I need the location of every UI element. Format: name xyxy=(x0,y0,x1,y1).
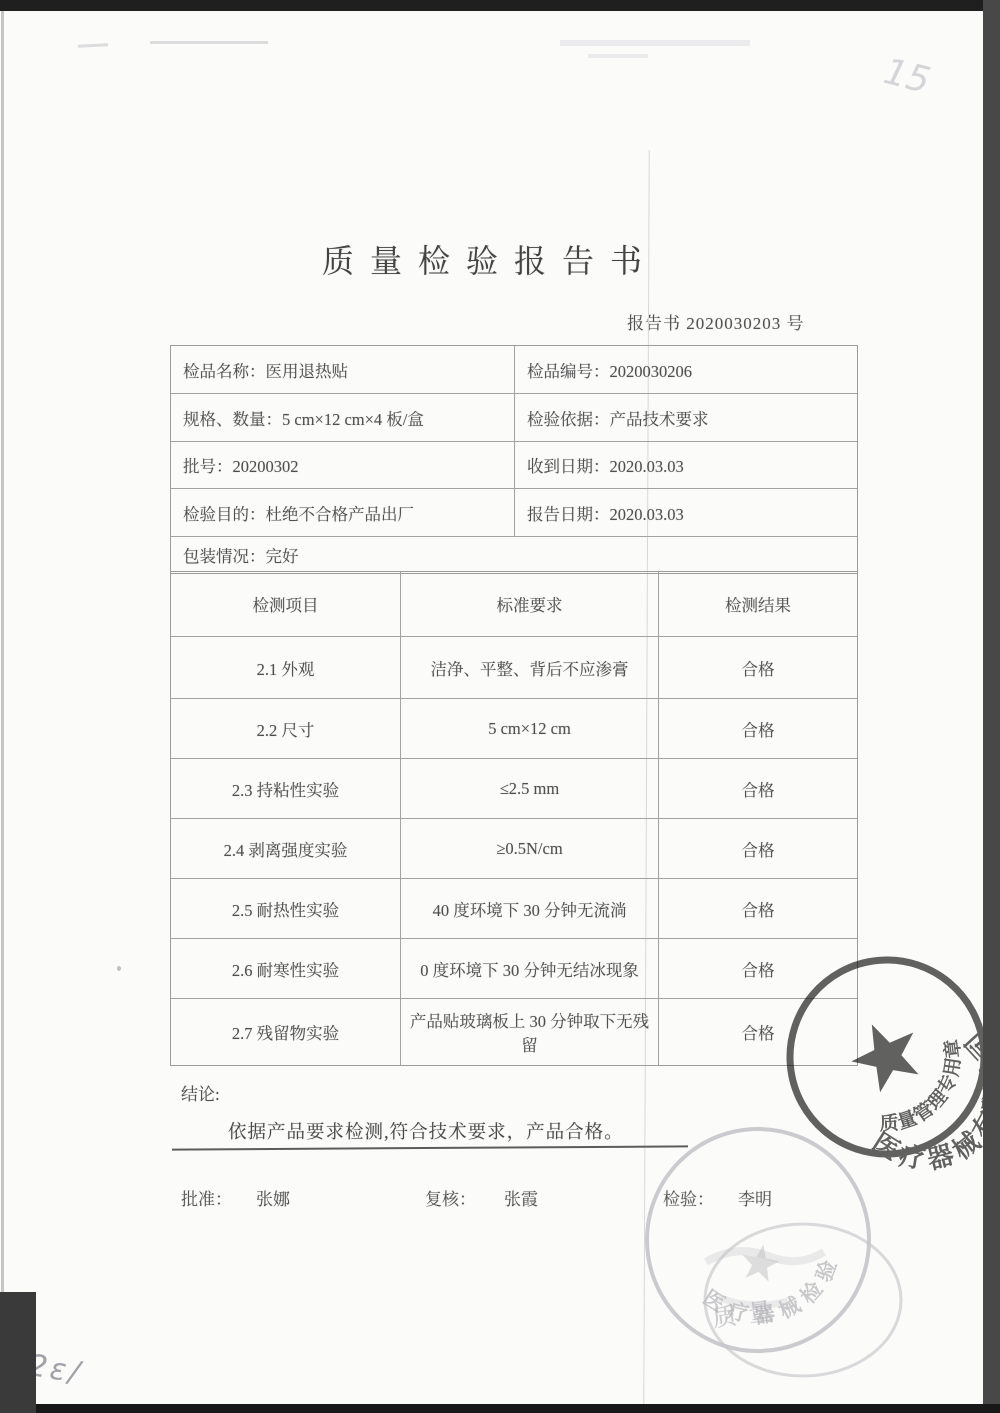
reviewer-name: 张霞 xyxy=(504,1185,538,1210)
test-standard: 5 cm×12 cm xyxy=(400,698,658,758)
scan-edge-top xyxy=(0,0,1000,11)
handwritten-page-mark: 15 xyxy=(880,51,934,102)
info-cell: 报告日期：2020.03.03 xyxy=(514,488,857,536)
scan-smudge xyxy=(560,40,750,46)
faint-seal-stamp: 医疗器械检验 xyxy=(628,1112,908,1382)
test-standard: ≤2.5 mm xyxy=(400,758,658,818)
scan-edge-right xyxy=(983,0,1000,1413)
test-result: 合格 xyxy=(658,758,857,818)
test-item: 2.5 耐热性实验 xyxy=(171,878,400,938)
info-cell: 规格、数量：5 cm×12 cm×4 板/盒 xyxy=(171,393,514,441)
info-cell: 收到日期：2020.03.03 xyxy=(514,441,857,488)
conclusion-underline xyxy=(172,1145,688,1150)
page-title: 质量检验报告书 xyxy=(0,236,980,282)
test-item: 2.4 剥离强度实验 xyxy=(171,818,400,878)
test-item: 2.1 外观 xyxy=(171,636,400,698)
column-header: 检测项目 xyxy=(171,572,400,636)
info-cell: 检品编号：2020030206 xyxy=(514,346,857,393)
reviewer-label: 复核： xyxy=(425,1185,476,1210)
test-result: 合格 xyxy=(658,818,857,878)
info-cell: 批号：20200302 xyxy=(171,441,514,488)
test-standard: 洁净、平整、背后不应渗膏 xyxy=(400,636,658,698)
approver-label: 批准： xyxy=(181,1185,232,1210)
test-standard: 产品贴玻璃板上 30 分钟取下无残留 xyxy=(400,998,658,1065)
info-cell: 检验目的：杜绝不合格产品出厂 xyxy=(171,488,514,536)
packing-cell: 包装情况：完好 xyxy=(171,536,857,573)
info-cell: 检品名称：医用退热贴 xyxy=(171,346,514,393)
scanned-report-page: 质量检验报告书 报告书 2020030203 号 检品名称：医用退热贴 检品编号… xyxy=(0,0,1000,1413)
test-standard: 40 度环境下 30 分钟无流淌 xyxy=(400,878,658,938)
conclusion-text: 依据产品要求检测,符合技术要求，产品合格。 xyxy=(228,1118,624,1144)
test-standard: 0 度环境下 30 分钟无结冰现象 xyxy=(400,938,658,998)
test-item: 2.2 尺寸 xyxy=(171,698,400,758)
sample-info-table: 检品名称：医用退热贴 检品编号：2020030206 规格、数量：5 cm×12… xyxy=(170,345,858,574)
scan-edge-left xyxy=(1,0,4,1413)
test-result: 合格 xyxy=(658,636,857,698)
scan-smudge xyxy=(588,54,648,58)
scan-smudge xyxy=(78,43,108,48)
seal-star-icon xyxy=(841,1010,931,1098)
test-standard: ≥0.5N/cm xyxy=(400,818,658,878)
test-item: 2.6 耐寒性实验 xyxy=(171,938,400,998)
column-header: 标准要求 xyxy=(400,572,658,636)
info-cell: 检验依据：产品技术要求 xyxy=(514,393,857,441)
scan-edge-bottom xyxy=(0,1404,1000,1413)
conclusion-label: 结论: xyxy=(181,1080,220,1105)
column-header: 检测结果 xyxy=(658,572,857,636)
scan-edge-bottom-left xyxy=(0,1292,36,1413)
scan-smudge xyxy=(150,41,268,44)
test-item: 2.3 持粘性实验 xyxy=(171,758,400,818)
ink-speck xyxy=(117,966,121,971)
test-item: 2.7 残留物实验 xyxy=(171,998,400,1065)
test-result: 合格 xyxy=(658,698,857,758)
approver-name: 张娜 xyxy=(256,1185,290,1210)
report-number: 报告书 2020030203 号 xyxy=(627,309,805,334)
test-result: 合格 xyxy=(658,878,857,938)
test-results-table: 检测项目 标准要求 检测结果 2.1 外观 洁净、平整、背后不应渗膏 合格 2.… xyxy=(170,571,858,1066)
